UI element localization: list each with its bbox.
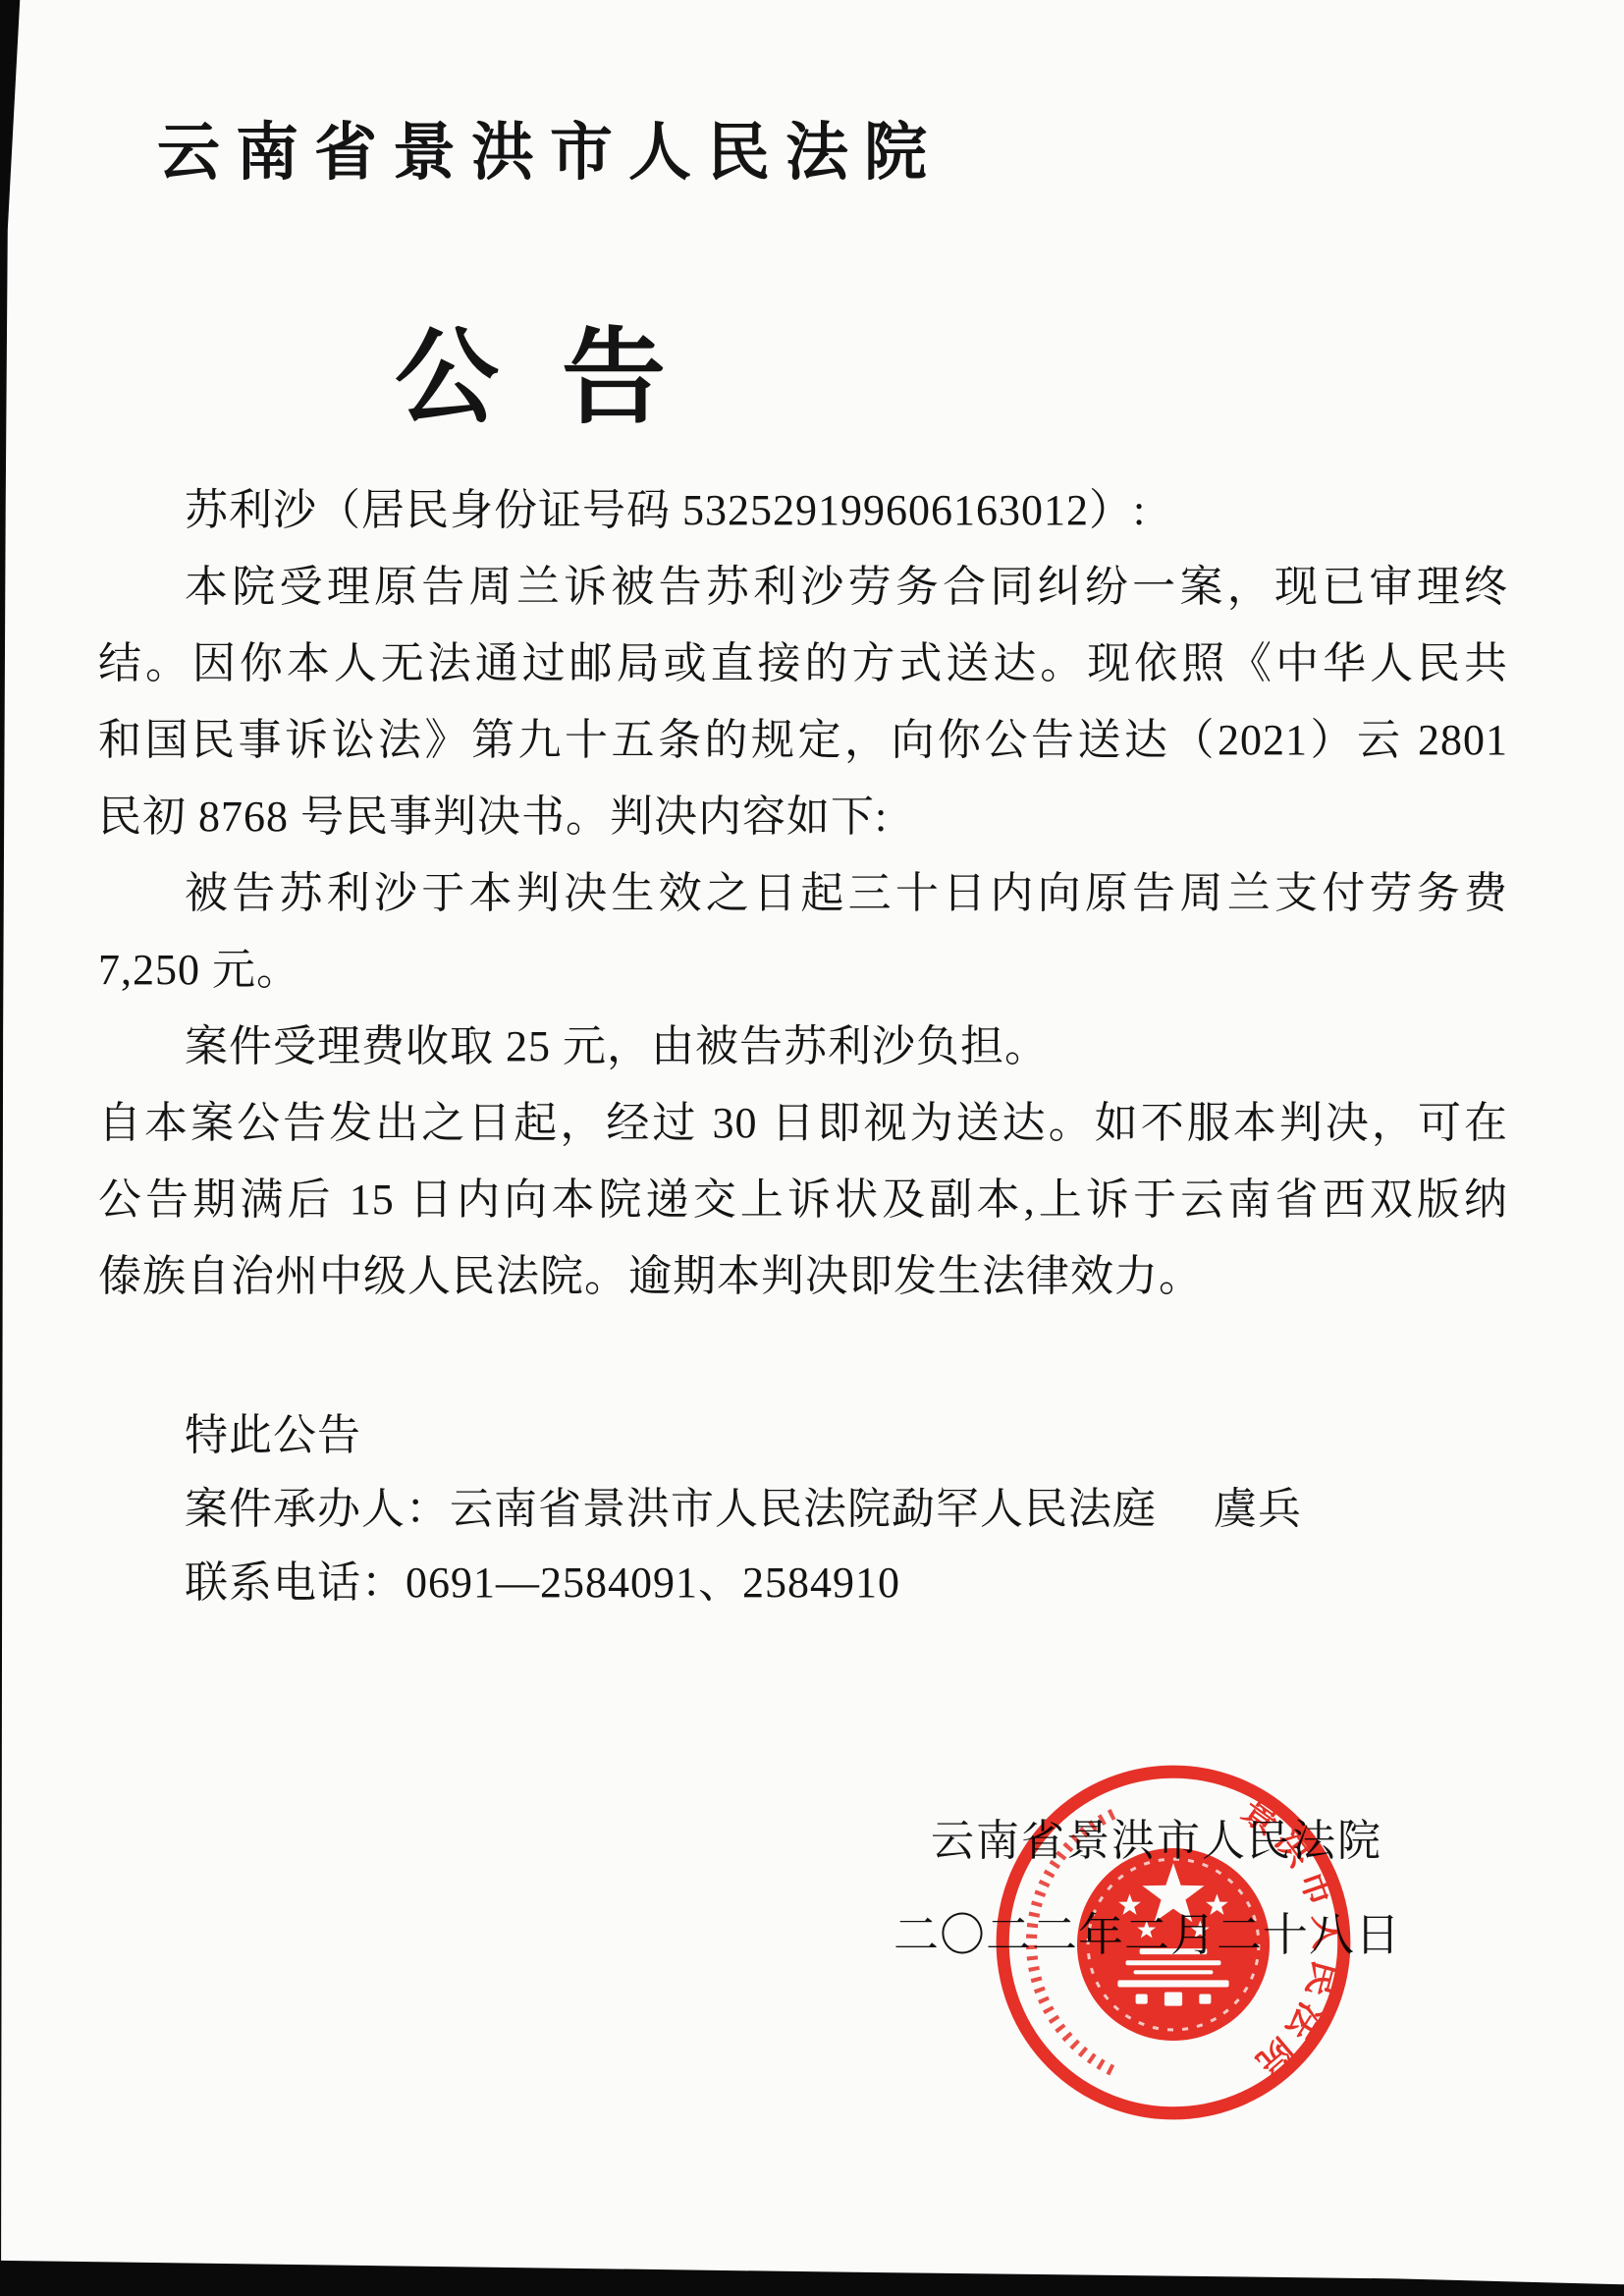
case-handler-label: 案件承办人： [185,1485,450,1533]
page-title: 云南省景洪市人民法院 [157,102,943,192]
case-handler-value: 云南省景洪市人民法院勐罕人民法庭 [450,1485,1157,1533]
body-line: 本院受理原告周兰诉被告苏利沙劳务合同纠纷一案，现已审理终 [98,549,1508,626]
notice-heading: 公告 [395,295,729,444]
closing-notice: 特此公告 [98,1398,1508,1472]
official-court-seal: 景洪市人民法院 [985,1754,1362,2131]
body-line: 结。因你本人无法通过邮局或直接的方式送达。现依照《中华人民共 [98,626,1508,702]
case-handler-line: 案件承办人：云南省景洪市人民法院勐罕人民法庭虞兵 [98,1472,1508,1546]
judge-name: 虞兵 [1214,1485,1302,1533]
body-line: 被告苏利沙于本判决生效之日起三十日内向原告周兰支付劳务费 [98,855,1508,932]
scanned-court-notice-page: 云南省景洪市人民法院 公告 苏利沙（居民身份证号码 53252919960616… [0,0,1624,2296]
closing-block: 特此公告 案件承办人：云南省景洪市人民法院勐罕人民法庭虞兵 联系电话：0691—… [98,1398,1508,1619]
body-line: 民初 8768 号民事判决书。判决内容如下: [98,779,1508,855]
body-line: 案件受理费收取 25 元，由被告苏利沙负担。 [98,1009,1508,1085]
body-line: 7,250 元。 [98,932,1508,1009]
scan-edge-left [0,0,26,2296]
body-line: 苏利沙（居民身份证号码 532529199606163012）: [98,472,1508,549]
body-line: 傣族自治州中级人民法院。逾期本判决即发生法律效力。 [98,1238,1508,1315]
body-line: 自本案公告发出之日起，经过 30 日即视为送达。如不服本判决，可在 [98,1085,1508,1162]
national-emblem-icon [1077,1848,1270,2041]
body-line: 公告期满后 15 日内向本院递交上诉状及副本,上诉于云南省西双版纳 [98,1162,1508,1238]
contact-phone-value: 0691—2584091、2584910 [406,1558,900,1607]
contact-phone-line: 联系电话：0691—2584091、2584910 [98,1546,1508,1619]
body-line: 和国民事诉讼法》第九十五条的规定，向你公告送达（2021）云 2801 [98,702,1508,779]
notice-body: 苏利沙（居民身份证号码 532529199606163012）: 本院受理原告周… [98,472,1508,1315]
scan-edge-bottom [0,2255,1624,2296]
contact-phone-label: 联系电话： [185,1558,406,1607]
